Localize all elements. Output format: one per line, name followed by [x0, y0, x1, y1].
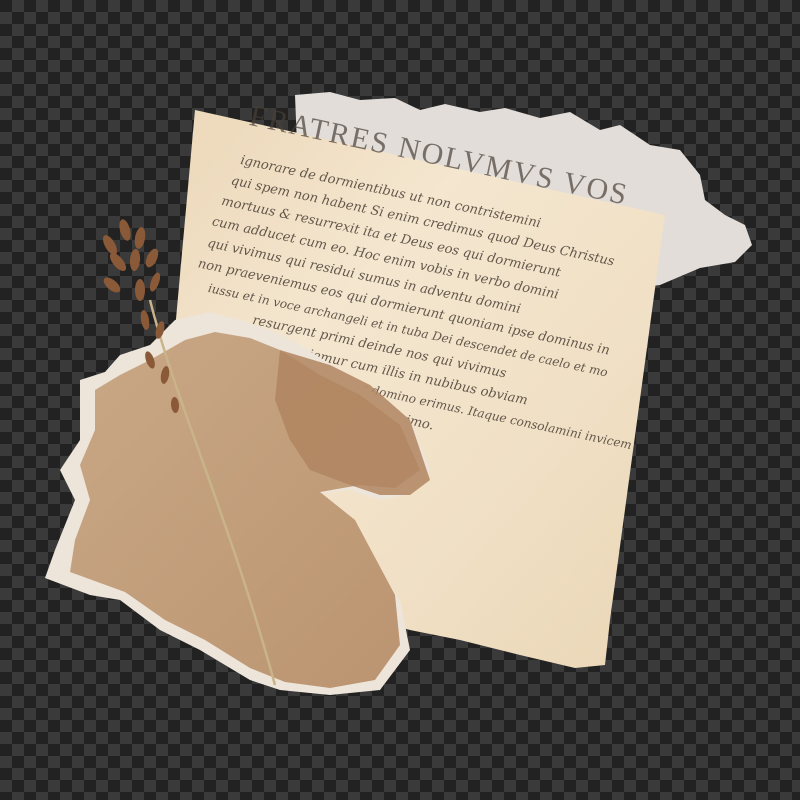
collage-scene: FRATRES NOLVMVS VOS ignorare de dormient… [0, 0, 800, 800]
